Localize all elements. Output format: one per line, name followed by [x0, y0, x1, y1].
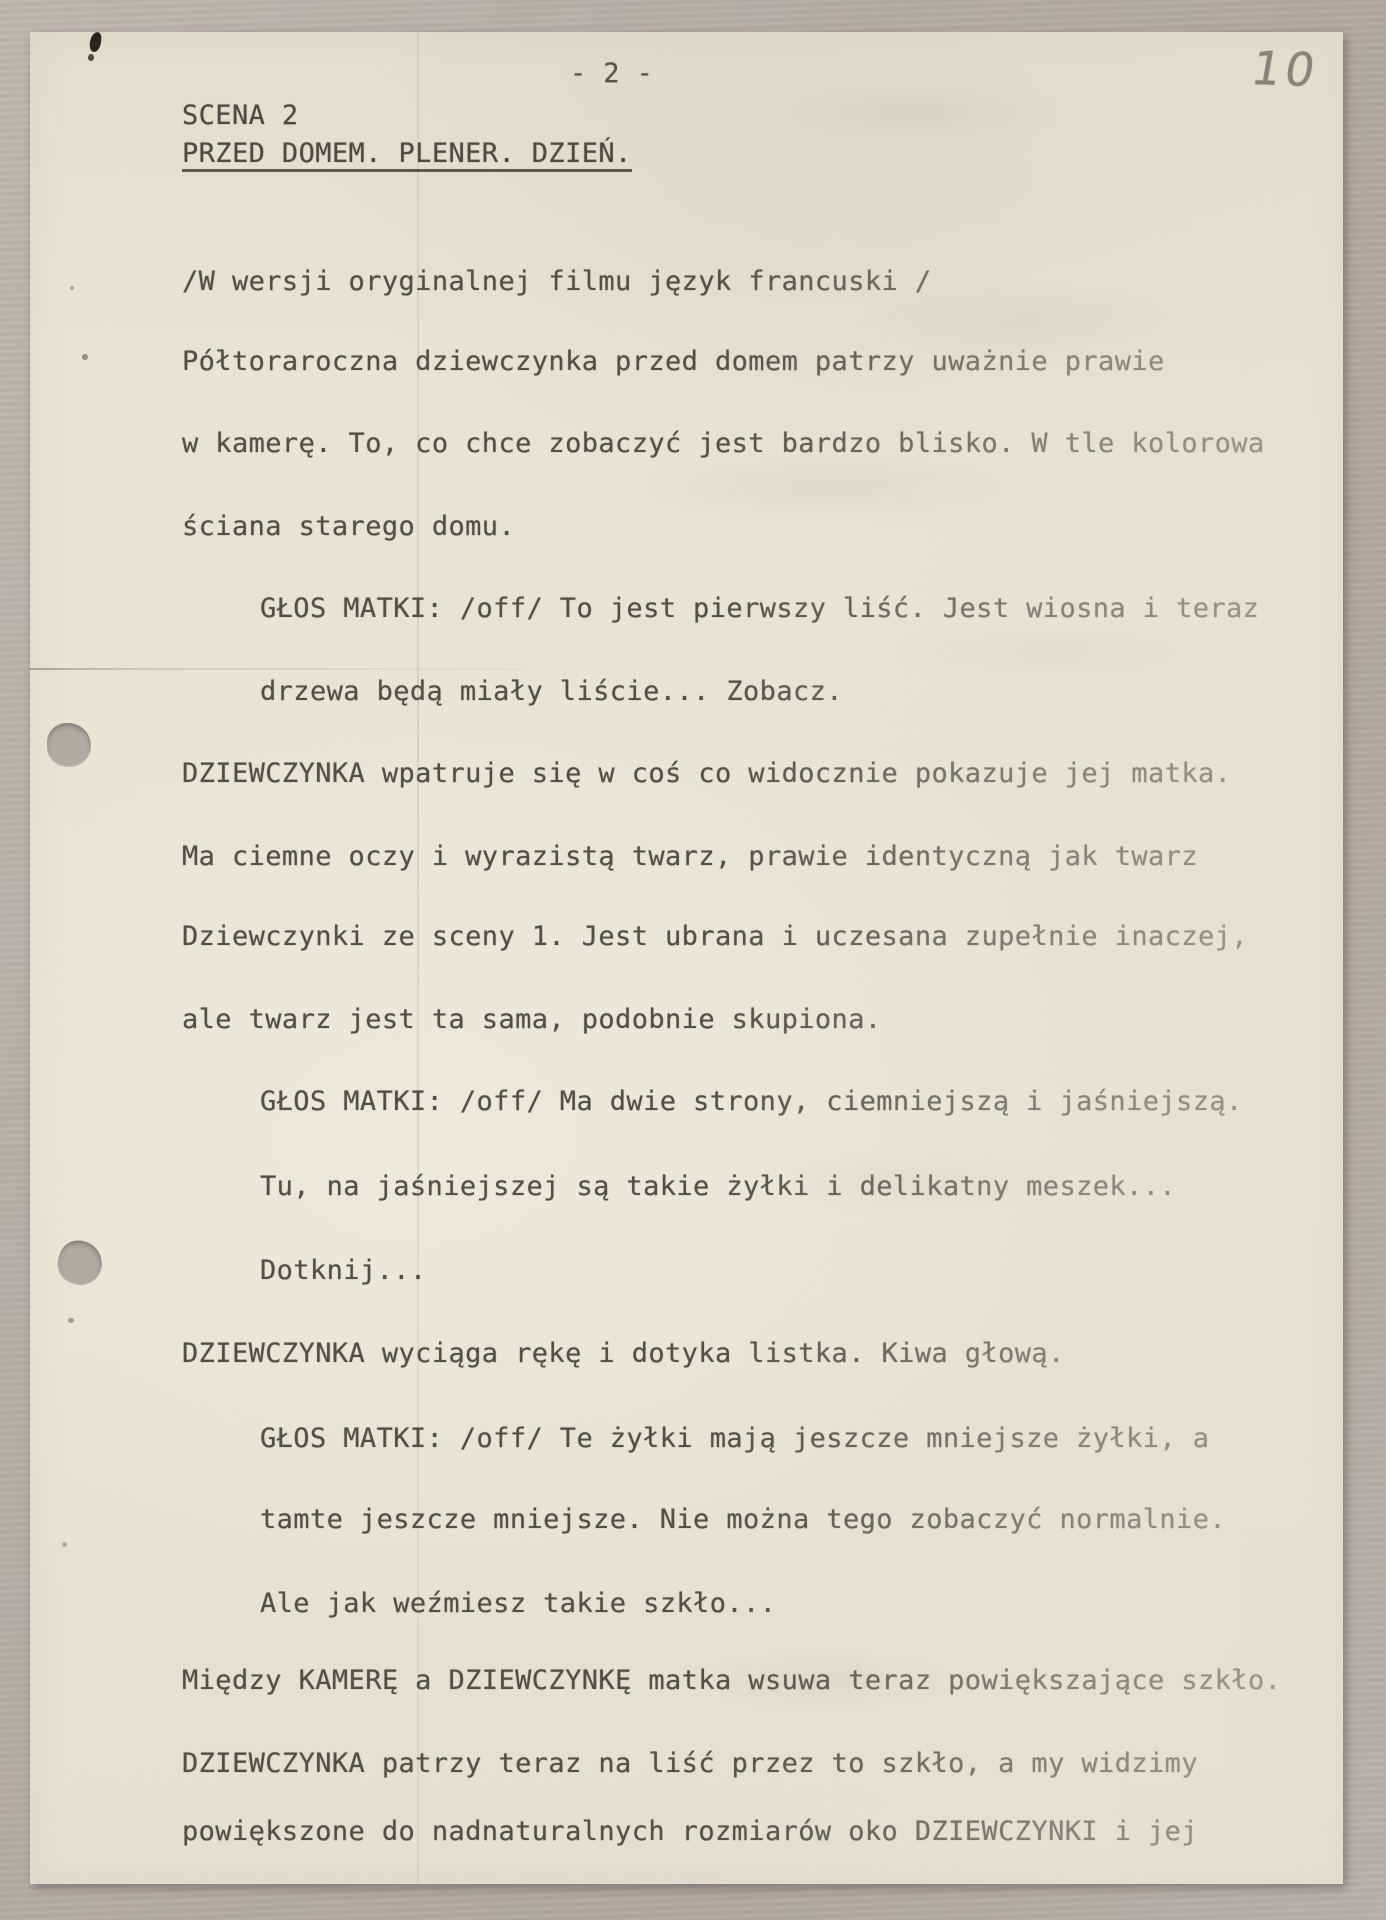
- paper-speck: [70, 286, 74, 290]
- script-line: GŁOS MATKI: /off/ Ma dwie strony, ciemni…: [260, 1088, 1243, 1115]
- script-line: GŁOS MATKI: /off/ Te żyłki mają jeszcze …: [260, 1425, 1209, 1452]
- script-line: Dziewczynki ze sceny 1. Jest ubrana i uc…: [182, 923, 1248, 950]
- script-line: ale twarz jest ta sama, podobnie skupion…: [182, 1006, 882, 1033]
- punch-hole: [47, 723, 91, 767]
- paper-speck: [62, 1542, 67, 1547]
- horizontal-crease: [30, 668, 590, 670]
- script-line: Ale jak weźmiesz takie szkło...: [260, 1590, 776, 1617]
- scene-heading: SCENA 2: [182, 102, 299, 129]
- script-line: tamte jeszcze mniejsze. Nie można tego z…: [260, 1506, 1226, 1533]
- script-line: Tu, na jaśniejszej są takie żyłki i deli…: [260, 1173, 1176, 1200]
- script-line: Półtoraroczna dziewczynka przed domem pa…: [182, 348, 1165, 375]
- scene-slugline-underlined-text: PRZED DOMEM. PLENER. DZIEŃ.: [182, 140, 632, 172]
- script-line: Między KAMERĘ a DZIEWCZYNKĘ matka wsuwa …: [182, 1667, 1281, 1694]
- ink-blot: [88, 54, 94, 61]
- script-line: drzewa będą miały liście... Zobacz.: [260, 678, 843, 705]
- script-line: w kamerę. To, co chce zobaczyć jest bard…: [182, 430, 1265, 457]
- script-line: DZIEWCZYNKA patrzy teraz na liść przez t…: [182, 1750, 1198, 1777]
- script-line: DZIEWCZYNKA wyciąga rękę i dotyka listka…: [182, 1340, 1065, 1367]
- paper-speck: [68, 1318, 74, 1323]
- script-line: DZIEWCZYNKA wpatruje się w coś co widocz…: [182, 760, 1231, 787]
- script-line: powiększone do nadnaturalnych rozmiarów …: [182, 1818, 1198, 1845]
- scene-slugline: PRZED DOMEM. PLENER. DZIEŃ.: [182, 140, 632, 172]
- scanned-script-page: { "page": { "page_number_display": "- 2 …: [0, 0, 1386, 1920]
- script-line: GŁOS MATKI: /off/ To jest pierwszy liść.…: [260, 595, 1259, 622]
- paper-speck: [82, 354, 88, 360]
- script-line: Dotknij...: [260, 1257, 427, 1284]
- script-line: /W wersji oryginalnej filmu język francu…: [182, 268, 932, 295]
- ink-bleedthrough-smudge: [630, 452, 1050, 522]
- ink-bleedthrough-smudge: [890, 622, 1220, 682]
- script-page-paper: - 2 - SCENA 2 PRZED DOMEM. PLENER. DZIEŃ…: [30, 32, 1343, 1884]
- script-line: Ma ciemne oczy i wyrazistą twarz, prawie…: [182, 843, 1198, 870]
- punch-hole: [53, 1236, 106, 1289]
- script-line: ściana starego domu.: [182, 513, 515, 540]
- ink-bleedthrough-smudge: [770, 82, 1070, 142]
- ink-blot: [89, 31, 103, 52]
- handwritten-page-number: 10: [1247, 41, 1323, 97]
- typed-page-number: - 2 -: [570, 60, 653, 87]
